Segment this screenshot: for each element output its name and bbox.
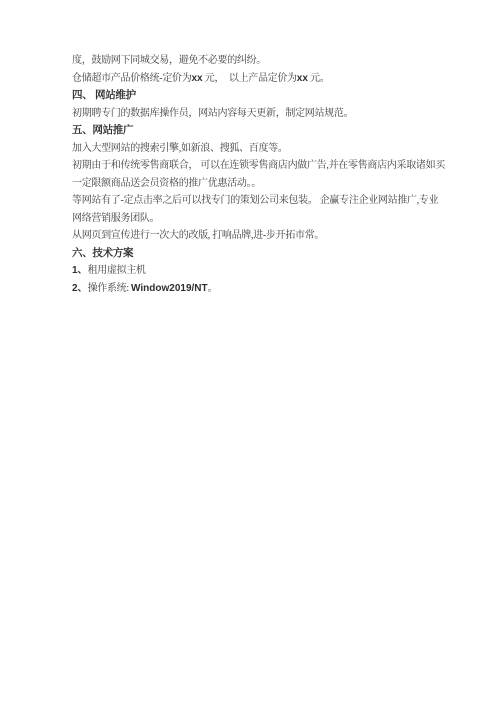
text-run: 从网页到宣传进行一次大的改版, 打响品牌,进-步开拓市常。 (72, 230, 324, 241)
paragraph-line: 初期由于和传统零售商联合， 可以在连锁零售商店内做广告,并在零售商店内采取诸如买 (72, 157, 440, 175)
section-heading: 五、网站推广 (72, 122, 440, 140)
text-run: 一定限额商品送会员资格的推广优惠活动。。 (72, 178, 261, 189)
text-run: 度，鼓励网下同城交易，避免不必要的纠纷。 (72, 55, 266, 66)
text-run: xx (191, 73, 202, 84)
document-text-block: 度，鼓励网下同城交易，避免不必要的纠纷。仓储超市产品价格统-定价为xx 元， 以… (72, 52, 440, 297)
text-run: xx (297, 73, 308, 84)
text-run: 元。 (308, 73, 330, 84)
paragraph-line: 度，鼓励网下同城交易，避免不必要的纠纷。 (72, 52, 440, 70)
text-run: 加入大型网站的搜索引擎,如新浪、搜狐、百度等。 (72, 143, 288, 154)
paragraph-line: 网络营销服务团队。 (72, 210, 440, 228)
text-run: 2、 (72, 283, 88, 294)
text-run: 1、 (72, 265, 88, 276)
text-run: 四、 网站维护 (72, 89, 136, 101)
paragraph-line: 一定限额商品送会员资格的推广优惠活动。。 (72, 175, 440, 193)
text-run: 元， 以上产品定价为 (203, 73, 297, 84)
paragraph-line: 仓储超市产品价格统-定价为xx 元， 以上产品定价为xx 元。 (72, 70, 440, 88)
list-item: 2、操作系统: Window2019/NT。 (72, 280, 440, 298)
text-run: 五、网站推广 (72, 124, 133, 136)
text-run: Window2019/NT (131, 283, 208, 294)
text-run: 网络营销服务团队。 (72, 213, 159, 224)
text-run: 初期聘专门的数据库操作员，网站内容每天更新，制定网站规范。 (72, 108, 353, 119)
text-run: 租用虚拟主机 (88, 265, 146, 276)
section-heading: 四、 网站维护 (72, 87, 440, 105)
text-run: 。 (208, 283, 218, 294)
text-run: 初期由于和传统零售商联合， 可以在连锁零售商店内做广告,并在零售商店内采取诸如买 (72, 160, 445, 171)
section-heading: 六、技术方案 (72, 245, 440, 263)
paragraph-line: 等网站有了-定点击率之后可以找专门的策划公司来包装。 企赢专注企业网站推广,专业 (72, 192, 440, 210)
text-run: 操作系统: (88, 283, 131, 294)
text-run: 等网站有了-定点击率之后可以找专门的策划公司来包装。 企赢专注企业网站推广,专业 (72, 195, 438, 206)
text-run: 仓储超市产品价格统-定价为 (72, 73, 191, 84)
text-run: 六、技术方案 (72, 247, 133, 259)
document-page: 度，鼓励网下同城交易，避免不必要的纠纷。仓储超市产品价格统-定价为xx 元， 以… (0, 0, 500, 707)
paragraph-line: 从网页到宣传进行一次大的改版, 打响品牌,进-步开拓市常。 (72, 227, 440, 245)
paragraph-line: 加入大型网站的搜索引擎,如新浪、搜狐、百度等。 (72, 140, 440, 158)
paragraph-line: 初期聘专门的数据库操作员，网站内容每天更新，制定网站规范。 (72, 105, 440, 123)
list-item: 1、租用虚拟主机 (72, 262, 440, 280)
